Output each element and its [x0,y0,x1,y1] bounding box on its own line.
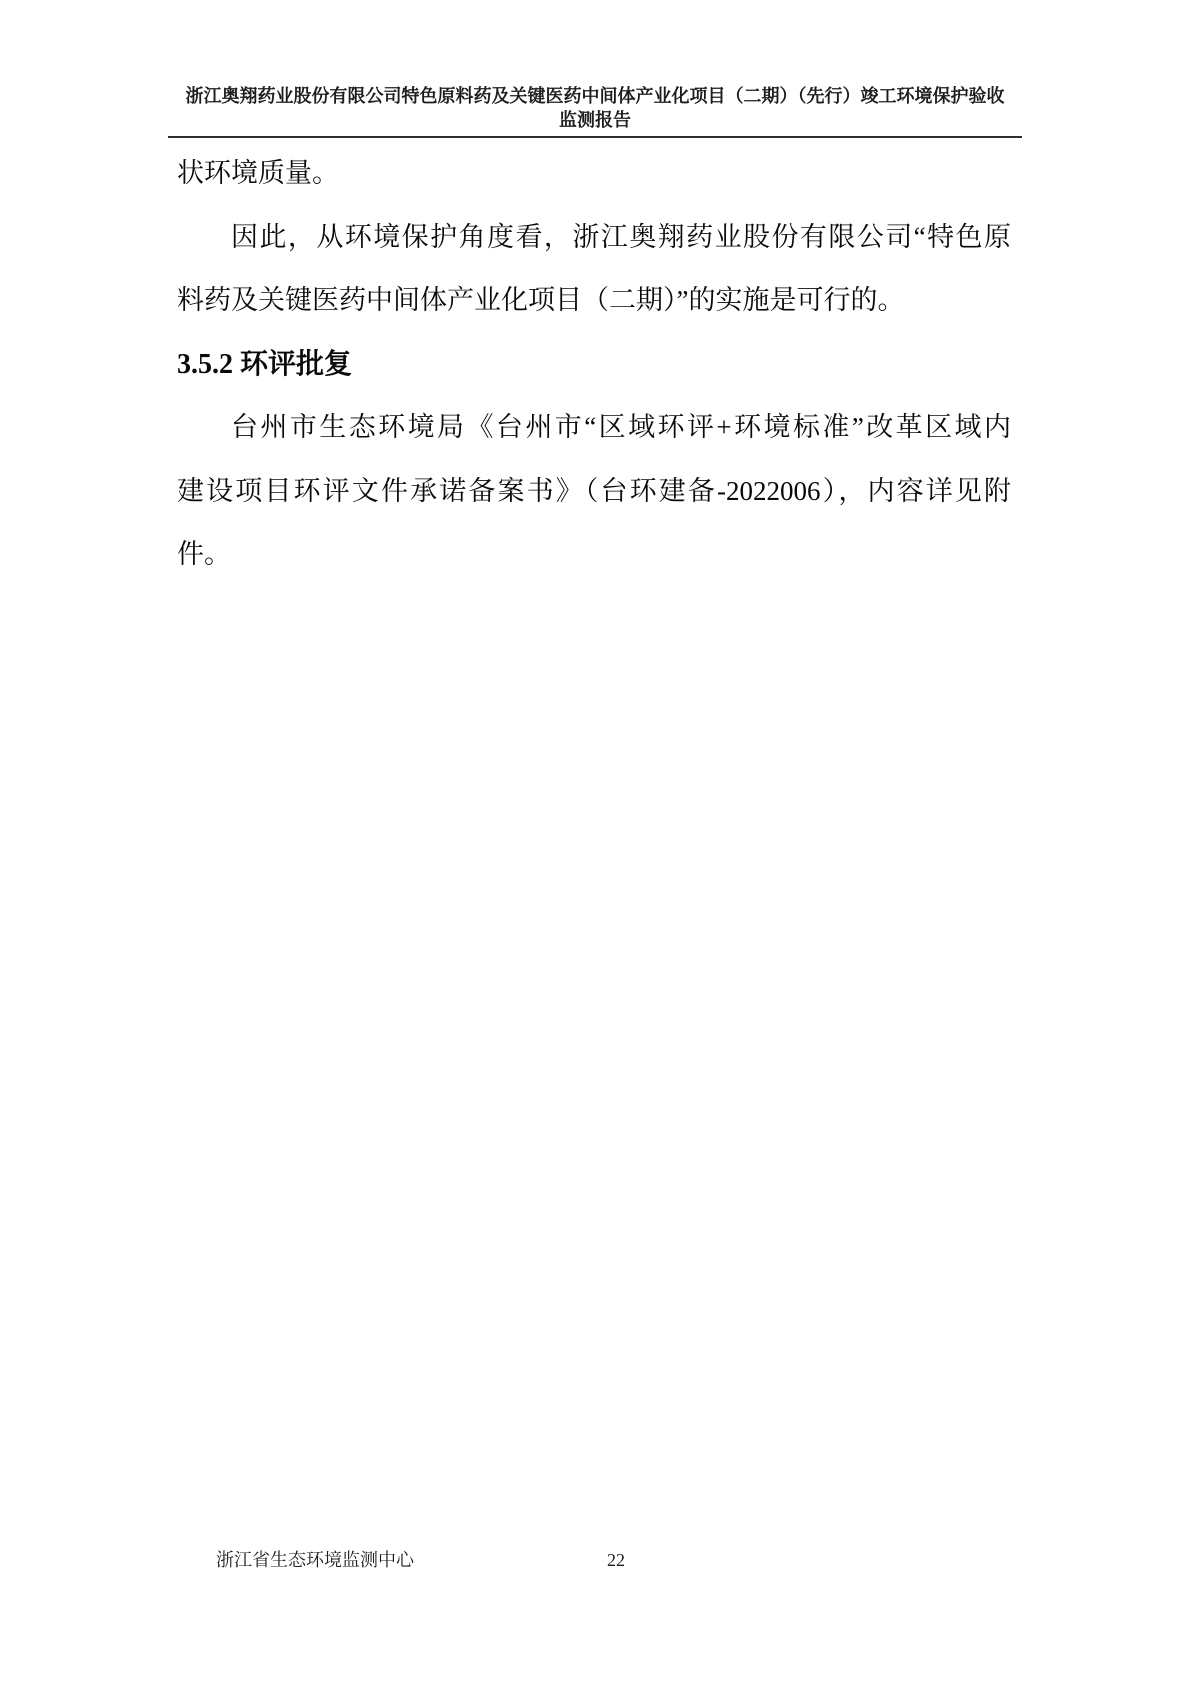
header-title-line1: 浙江奥翔药业股份有限公司特色原料药及关键医药中间体产业化项目（二期）（先行）竣工… [163,84,1027,108]
paragraph-line: 因此，从环境保护角度看，浙江奥翔药业股份有限公司“特色原 [177,206,1011,270]
paragraph-line: 料药及关键医药中间体产业化项目（二期）”的实施是可行的。 [177,269,1011,333]
header-rule-divider [168,136,1022,138]
page-header: 浙江奥翔药业股份有限公司特色原料药及关键医药中间体产业化项目（二期）（先行）竣工… [163,84,1027,132]
footer-organization: 浙江省生态环境监测中心 [216,1548,414,1572]
document-page: 浙江奥翔药业股份有限公司特色原料药及关键医药中间体产业化项目（二期）（先行）竣工… [0,0,1190,1683]
document-body: 状环境质量。 因此，从环境保护角度看，浙江奥翔药业股份有限公司“特色原 料药及关… [177,142,1011,587]
header-title-line2: 监测报告 [163,108,1027,132]
paragraph-line: 件。 [177,523,1011,587]
paragraph-line-continuation: 状环境质量。 [177,142,1011,206]
section-heading: 3.5.2 环评批复 [177,333,1011,397]
paragraph-line: 建设项目环评文件承诺备案书》（台环建备-2022006），内容详见附 [177,460,1011,524]
page-number: 22 [607,1548,625,1572]
page-footer: 浙江省生态环境监测中心 22 [0,1548,1190,1572]
paragraph-line: 台州市生态环境局《台州市“区域环评+环境标准”改革区域内 [177,396,1011,460]
